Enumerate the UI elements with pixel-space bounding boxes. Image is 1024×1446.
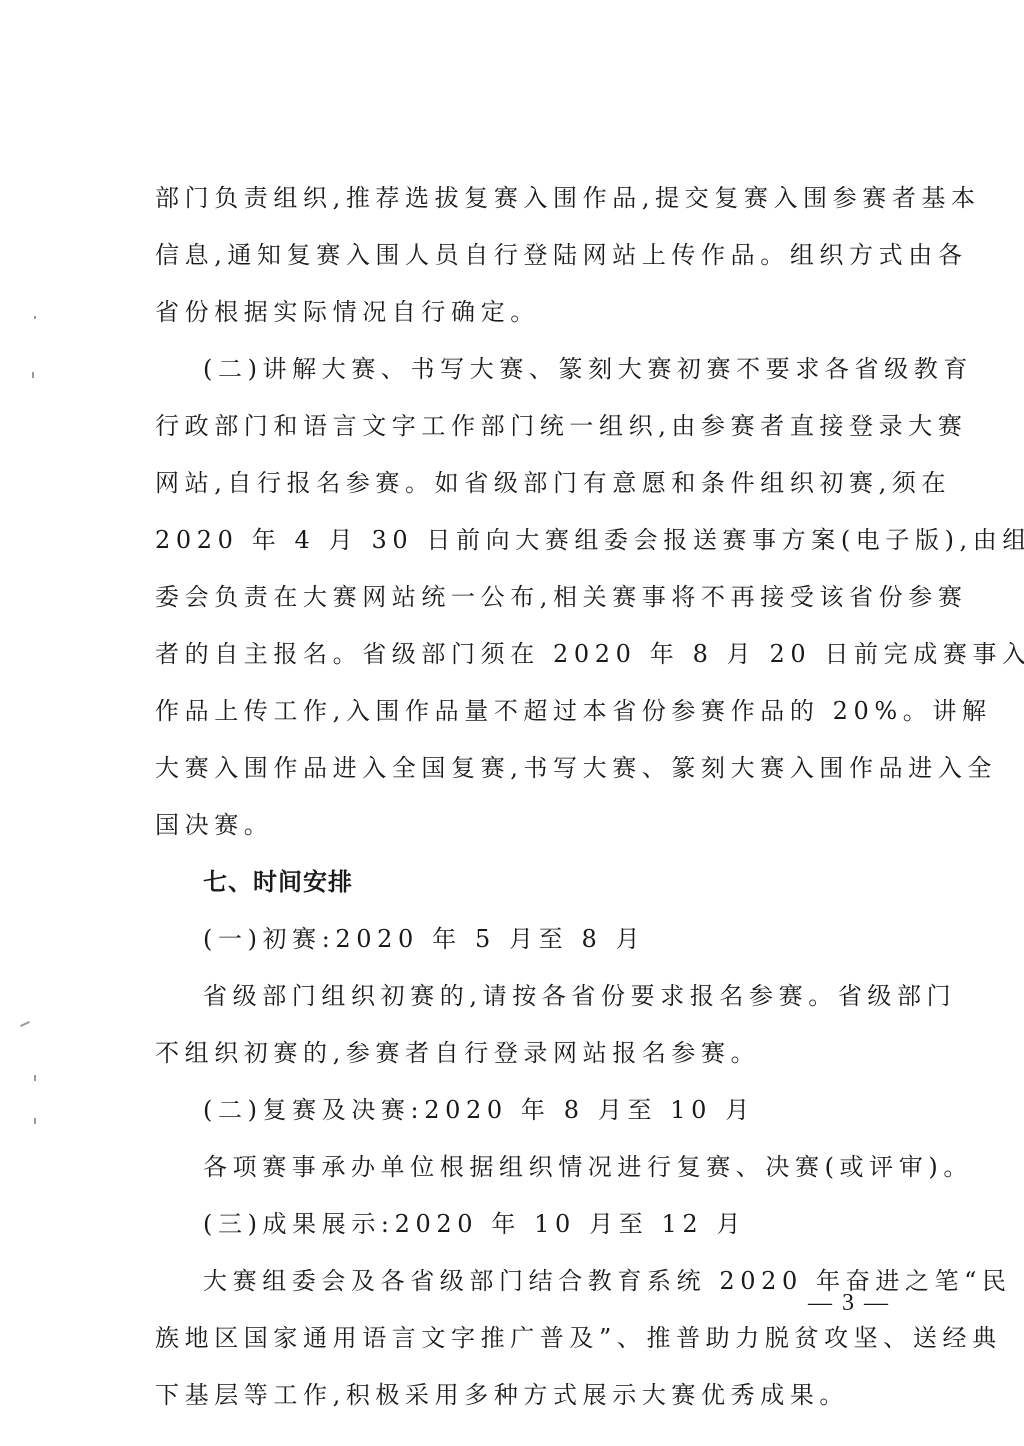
- scan-artifact: [34, 1118, 36, 1124]
- text-line: 国决赛。: [155, 797, 905, 854]
- text-line: (二)讲解大赛、书写大赛、篆刻大赛初赛不要求各省级教育: [155, 341, 905, 398]
- scan-artifact: [34, 1075, 36, 1081]
- text-line: 各项赛事承办单位根据组织情况进行复赛、决赛(或评审)。: [155, 1139, 905, 1196]
- item-title: (一)初赛:2020 年 5 月至 8 月: [155, 911, 905, 968]
- text-line: 信息,通知复赛入围人员自行登陆网站上传作品。组织方式由各: [155, 227, 905, 284]
- paragraph-2: (二)讲解大赛、书写大赛、篆刻大赛初赛不要求各省级教育 行政部门和语言文字工作部…: [155, 341, 905, 854]
- text-line: 网站,自行报名参赛。如省级部门有意愿和条件组织初赛,须在: [155, 455, 905, 512]
- text-line: 部门负责组织,推荐选拔复赛入围作品,提交复赛入围参赛者基本: [155, 170, 905, 227]
- text-line: 大赛入围作品进入全国复赛,书写大赛、篆刻大赛入围作品进入全: [155, 740, 905, 797]
- text-line: 下基层等工作,积极采用多种方式展示大赛优秀成果。: [155, 1367, 905, 1424]
- text-line: 族地区国家通用语言文字推广普及”、推普助力脱贫攻坚、送经典: [155, 1310, 905, 1367]
- text-line: 2020 年 4 月 30 日前向大赛组委会报送赛事方案(电子版),由组: [155, 512, 905, 569]
- text-line: 作品上传工作,入围作品量不超过本省份参赛作品的 20%。讲解: [155, 683, 905, 740]
- text-line: 省级部门组织初赛的,请按各省份要求报名参赛。省级部门: [155, 968, 905, 1025]
- text-line: 委会负责在大赛网站统一公布,相关赛事将不再接受该省份参赛: [155, 569, 905, 626]
- item-title: (二)复赛及决赛:2020 年 8 月至 10 月: [155, 1082, 905, 1139]
- scan-artifact: [34, 316, 36, 319]
- page-number: — 3 —: [808, 1290, 890, 1317]
- text-line: 省份根据实际情况自行确定。: [155, 284, 905, 341]
- section-heading: 七、时间安排: [155, 854, 905, 911]
- document-page: 部门负责组织,推荐选拔复赛入围作品,提交复赛入围参赛者基本 信息,通知复赛入围人…: [155, 170, 905, 1424]
- text-line: 者的自主报名。省级部门须在 2020 年 8 月 20 日前完成赛事入围: [155, 626, 905, 683]
- item-title: (三)成果展示:2020 年 10 月至 12 月: [155, 1196, 905, 1253]
- text-line: 大赛组委会及各省级部门结合教育系统 2020 年奋进之笔“民: [155, 1253, 905, 1310]
- scan-artifact: [32, 372, 34, 378]
- text-line: 不组织初赛的,参赛者自行登录网站报名参赛。: [155, 1025, 905, 1082]
- scan-artifact: [20, 1021, 30, 1027]
- section-schedule: 七、时间安排 (一)初赛:2020 年 5 月至 8 月 省级部门组织初赛的,请…: [155, 854, 905, 1424]
- text-line: 行政部门和语言文字工作部门统一组织,由参赛者直接登录大赛: [155, 398, 905, 455]
- paragraph-continued: 部门负责组织,推荐选拔复赛入围作品,提交复赛入围参赛者基本 信息,通知复赛入围人…: [155, 170, 905, 341]
